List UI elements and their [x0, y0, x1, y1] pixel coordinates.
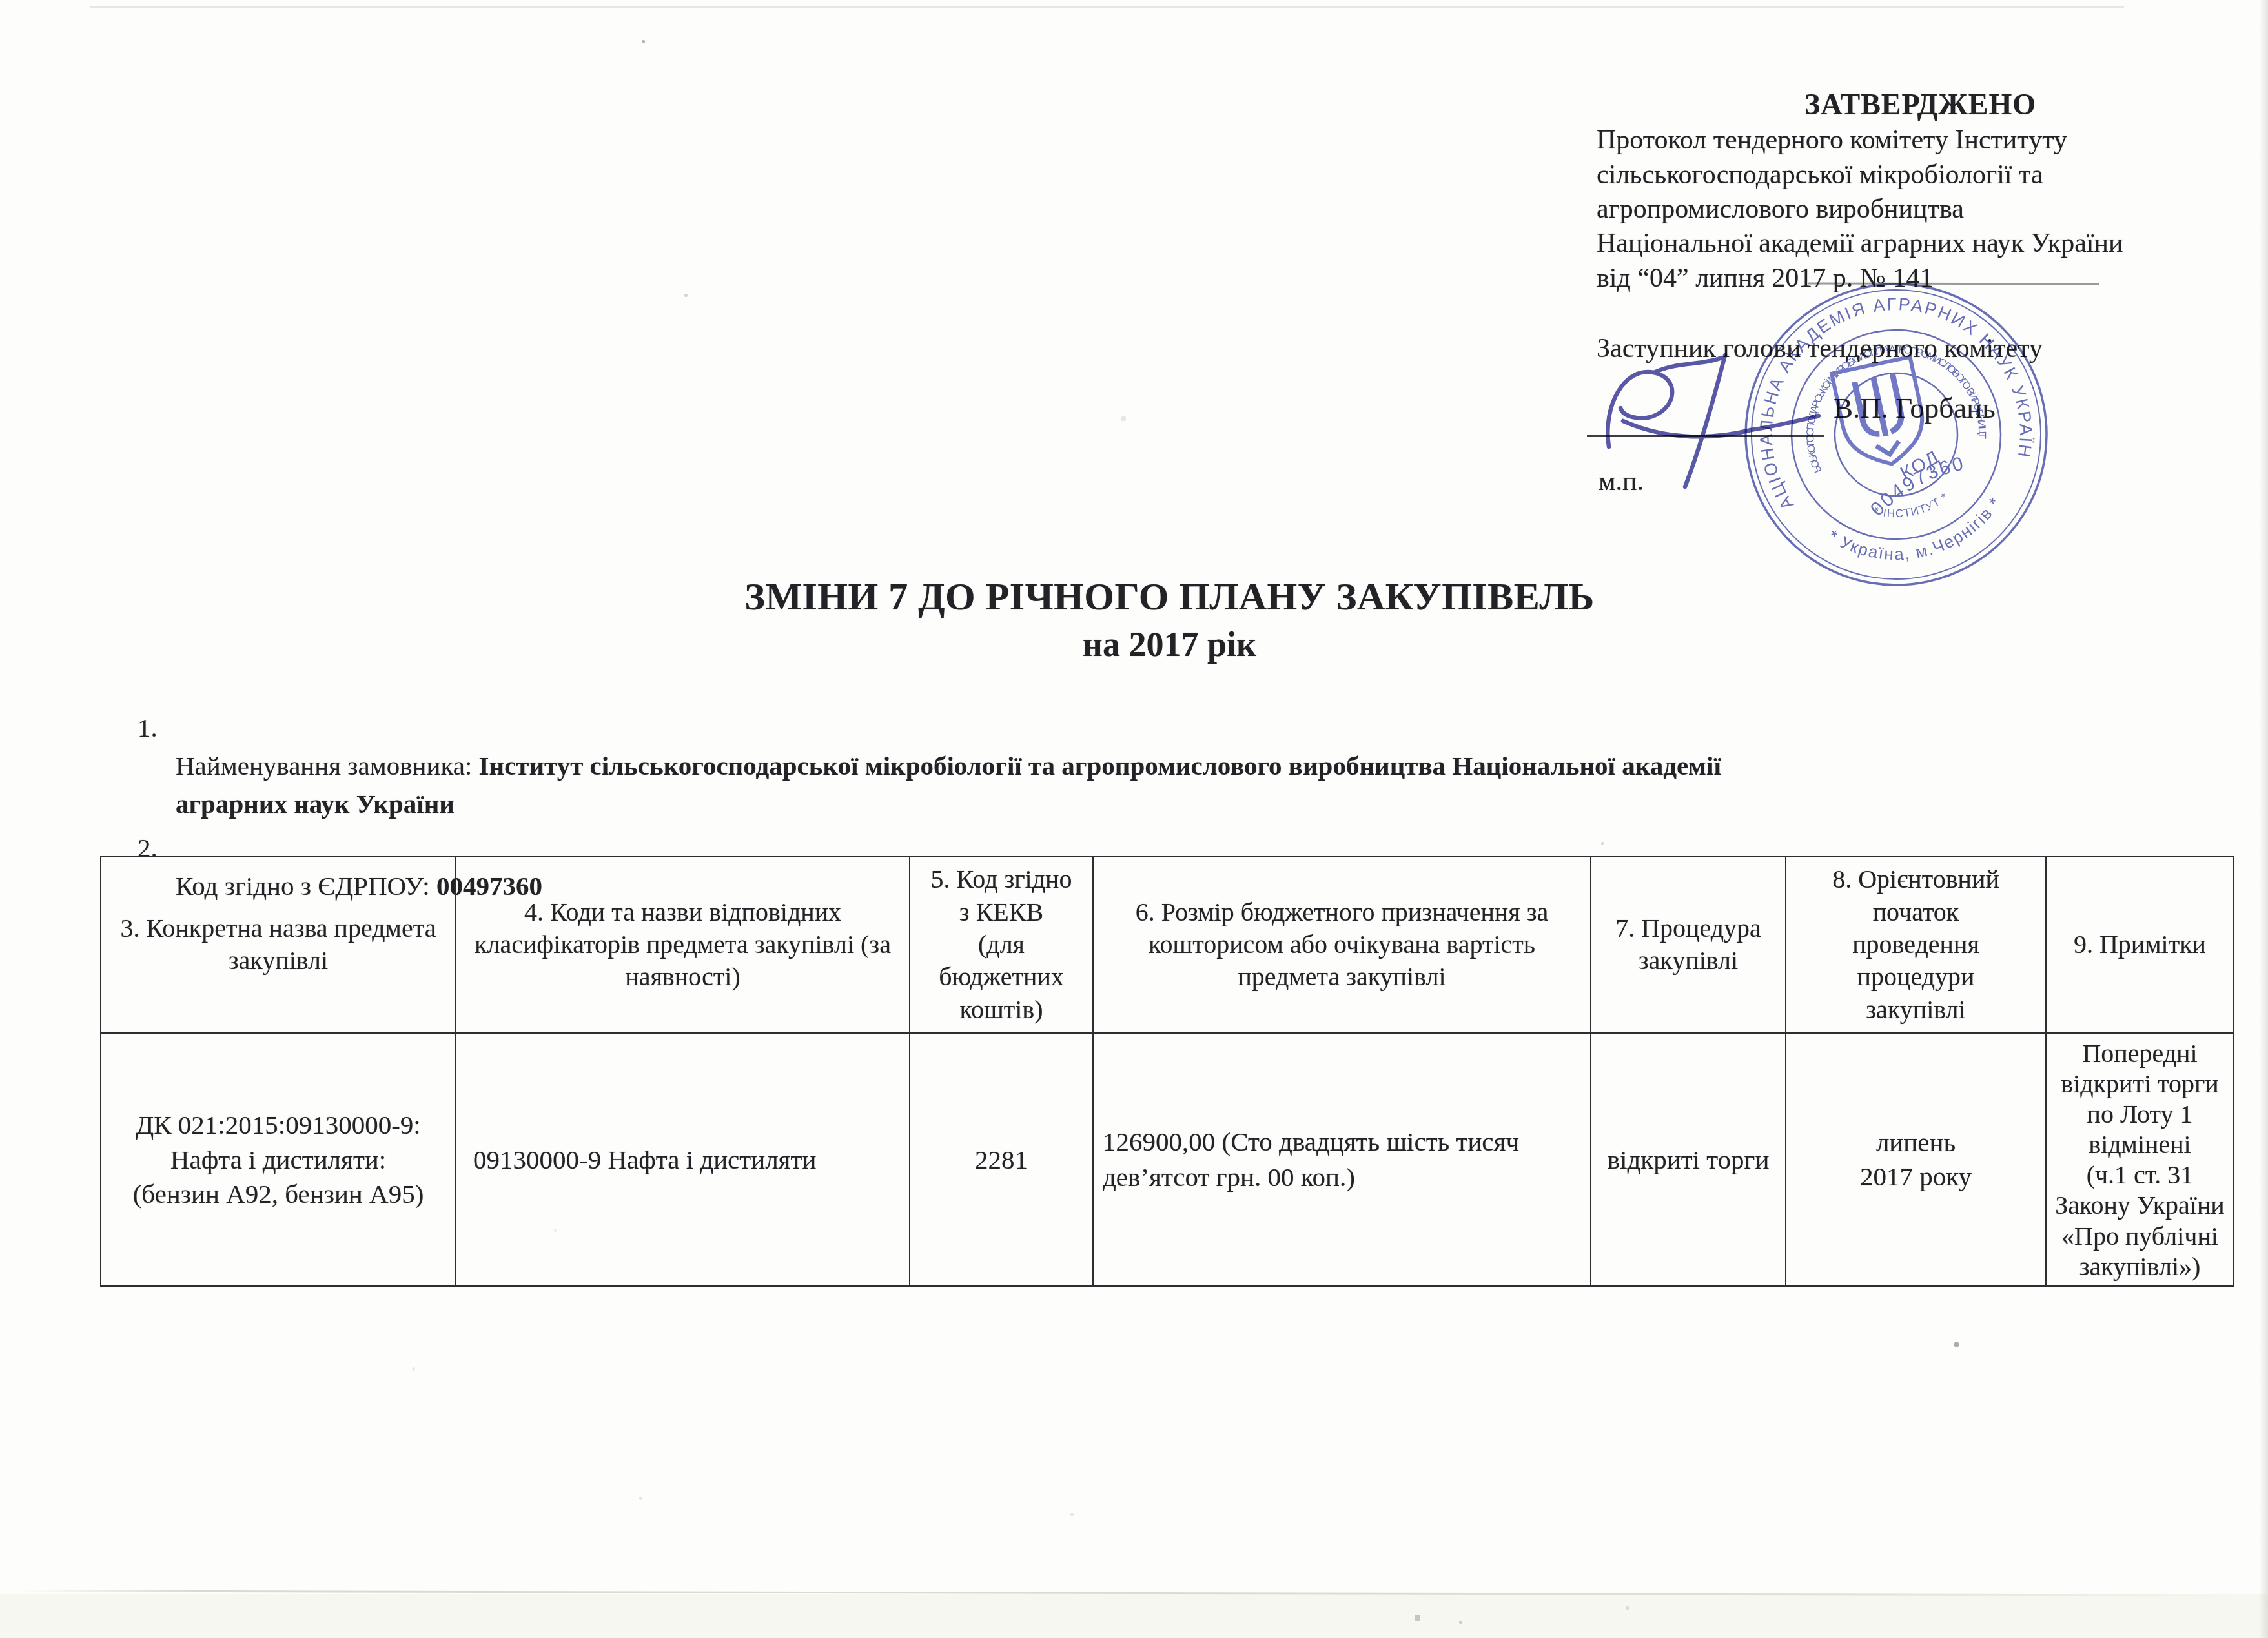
header-subject-name: 3. Конкретна назва предмета закупівлі: [101, 857, 456, 1033]
procurement-plan-table: 3. Конкретна назва предмета закупівлі 4.…: [100, 856, 2234, 1287]
stamp-outer-circle-2: [1742, 280, 2050, 589]
scan-edge-right: [2259, 0, 2268, 1638]
stamp-ring-outer-bottom-text: * Україна, м.Чернігів *: [1822, 490, 2013, 580]
header-procedure: 7. Процедура закупівлі: [1591, 857, 1786, 1033]
header-kekv-code: 5. Код згідно з КЕКВ (для бюджетних кошт…: [910, 857, 1093, 1033]
header-classifier-codes: 4. Коди та назви відповідних класифікато…: [456, 857, 910, 1033]
table-header-row: 3. Конкретна назва предмета закупівлі 4.…: [101, 857, 2234, 1033]
cell-budget-amount: 126900,00 (Сто двадцять шість тисяч дев’…: [1093, 1033, 1591, 1286]
cell-kekv-code: 2281: [910, 1033, 1093, 1286]
approved-heading: ЗАТВЕРДЖЕНО: [1597, 86, 2229, 123]
table: 3. Конкретна назва предмета закупівлі 4.…: [100, 856, 2234, 1287]
scan-edge-top: [90, 6, 2124, 8]
scan-bottom-tint: [0, 1594, 2268, 1638]
approval-line: агропромислового виробництва: [1597, 192, 2229, 227]
cell-subject-name: ДК 021:2015:09130000-9: Нафта і дистилят…: [101, 1033, 456, 1286]
list-item-customer-name: 1.Найменування замовника: Інститут сільс…: [176, 709, 2181, 823]
approval-line: Національної академії аграрних наук Укра…: [1597, 227, 2229, 261]
cell-classifier-code: 09130000-9 Нафта і дистиляти: [456, 1033, 910, 1286]
header-budget-amount: 6. Розмір бюджетного призначення за кошт…: [1093, 857, 1591, 1033]
item-number: 1.: [138, 709, 158, 747]
document-title-line2: на 2017 рік: [71, 624, 2268, 664]
stamp-outer-circle: [1742, 280, 2050, 589]
item-label: Найменування замовника:: [176, 751, 479, 781]
approval-line: сільськогосподарської мікробіології та: [1597, 158, 2229, 192]
scan-noise-specks: [0, 0, 1, 1]
cell-procedure: відкриті торги: [1591, 1033, 1786, 1286]
cell-notes: Попередні відкриті торги по Лоту 1 відмі…: [2046, 1033, 2234, 1286]
header-start-date: 8. Орієнтовний початок проведення процед…: [1786, 857, 2046, 1033]
approval-block: ЗАТВЕРДЖЕНО Протокол тендерного комітету…: [1597, 86, 2229, 296]
institute-round-stamp: НАЦІОНАЛЬНА АКАДЕМІЯ АГРАРНИХ НАУК УКРАЇ…: [1742, 280, 2050, 589]
cell-start-date: липень 2017 року: [1786, 1033, 2046, 1286]
document-page: ЗАТВЕРДЖЕНО Протокол тендерного комітету…: [0, 0, 2268, 1638]
header-notes: 9. Примітки: [2046, 857, 2234, 1033]
approval-line: Протокол тендерного комітету Інституту: [1597, 123, 2229, 158]
table-row: ДК 021:2015:09130000-9: Нафта і дистилят…: [101, 1033, 2234, 1286]
